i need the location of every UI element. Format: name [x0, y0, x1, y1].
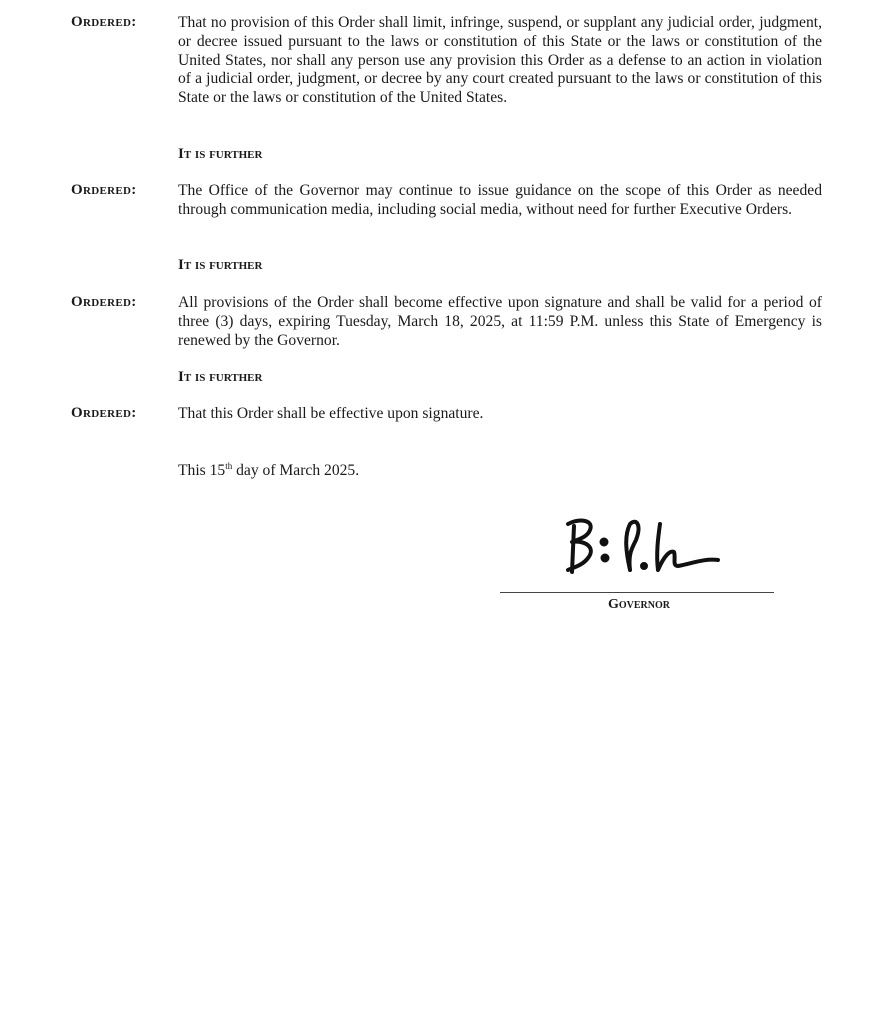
ordered-text: The Office of the Governor may continue …: [178, 182, 822, 220]
ordered-text: That no provision of this Order shall li…: [178, 14, 822, 108]
signature-line: [500, 592, 774, 593]
ordered-label: Ordered:: [71, 294, 137, 311]
ordered-text: That this Order shall be effective upon …: [178, 405, 822, 424]
it-is-further: It is further: [178, 369, 262, 386]
it-is-further: It is further: [178, 146, 262, 163]
ordered-label: Ordered:: [71, 182, 137, 199]
date-line: This 15th day of March 2025.: [178, 461, 359, 480]
ordered-label: Ordered:: [71, 14, 137, 31]
ordered-label: Ordered:: [71, 405, 137, 422]
it-is-further: It is further: [178, 257, 262, 274]
ordered-text: All provisions of the Order shall become…: [178, 294, 822, 350]
signature-image: [560, 512, 730, 582]
